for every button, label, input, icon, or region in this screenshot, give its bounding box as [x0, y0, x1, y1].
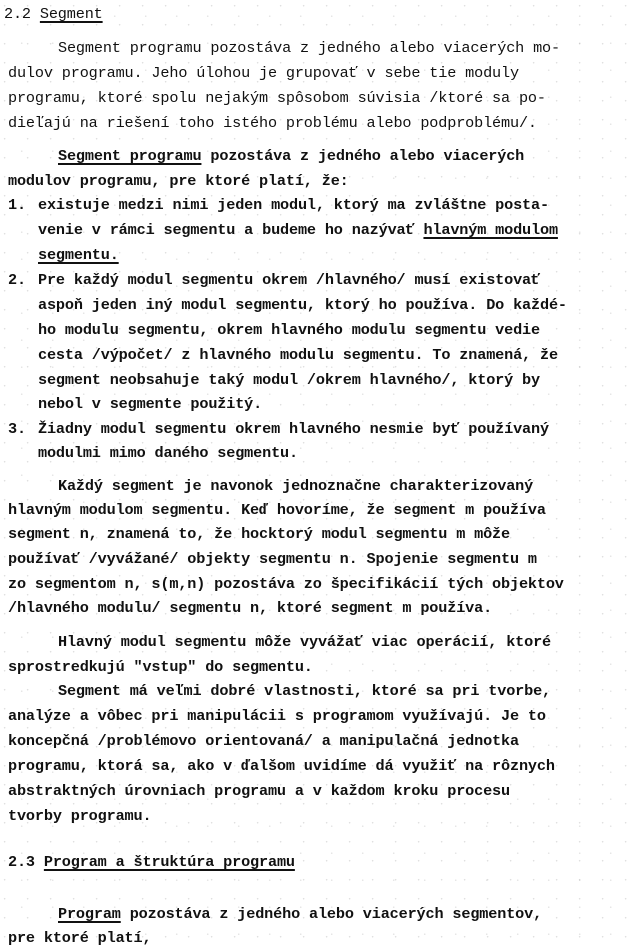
list-item-line: Pre každý modul segmentu okrem /hlavného… [38, 270, 540, 290]
paragraph-5-line: koncepčná /problémovo orientovaná/ a man… [8, 731, 519, 751]
section-heading-2-3: 2.3 Program a štruktúra programu [8, 852, 295, 872]
section-title: Program a štruktúra programu [44, 853, 295, 871]
paragraph-5-line: abstraktných úrovniach programu a v každ… [8, 781, 510, 801]
section-title: Segment [40, 5, 103, 23]
list-item-number: 3. [8, 419, 26, 439]
list-item-line: Žiadny modul segmentu okrem hlavného nes… [38, 419, 549, 439]
defined-term: hlavným modulom [423, 221, 557, 239]
section-heading-2-2: 2.2 Segment [4, 4, 103, 24]
document-page: 2.2 Segment Segment programu pozostáva z… [0, 0, 635, 948]
section-number: 2.3 [8, 853, 35, 871]
paragraph-5-line: tvorby programu. [8, 806, 151, 826]
section-2-3-paragraph-line: Program pozostáva z jedného alebo viacer… [58, 904, 542, 924]
paragraph-5-line: programu, ktorá sa, ako v ďalšom uvidíme… [8, 756, 555, 776]
list-item-line: segmentu. [38, 245, 119, 265]
list-item-line: nebol v segmente použitý. [38, 394, 262, 414]
defined-term: Program [58, 905, 121, 923]
list-item-line: existuje medzi nimi jeden modul, ktorý m… [38, 195, 549, 215]
list-item-line: ho modulu segmentu, okrem hlavného modul… [38, 320, 540, 340]
paragraph-1-line: programu, ktoré spolu nejakým spôsobom s… [8, 88, 546, 108]
paragraph-1-line: Segment programu pozostáva z jedného ale… [58, 38, 560, 58]
paragraph-2-line: Segment programu pozostáva z jedného ale… [58, 146, 524, 166]
list-item-line: cesta /výpočet/ z hlavného modulu segmen… [38, 345, 558, 365]
defined-term: Segment programu [58, 147, 201, 165]
paragraph-1-line: dulov programu. Jeho úlohou je grupovať … [8, 63, 519, 83]
list-item-number: 2. [8, 270, 26, 290]
paragraph-3-line: zo segmentom n, s(m,n) pozostáva zo špec… [8, 574, 564, 594]
paragraph-3-line: používať /vyvážané/ objekty segmentu n. … [8, 549, 537, 569]
defined-term: segmentu. [38, 246, 119, 264]
paragraph-1-line: dieľajú na riešení toho istého problému … [8, 113, 537, 133]
paragraph-5-line: Segment má veľmi dobré vlastnosti, ktoré… [58, 681, 551, 701]
list-item-number: 1. [8, 195, 26, 215]
section-number: 2.2 [4, 5, 31, 23]
list-item-line: segment neobsahuje taký modul /okrem hla… [38, 370, 540, 390]
paragraph-4-line: Hlavný modul segmentu môže vyvážať viac … [58, 632, 551, 652]
paragraph-3-line: hlavným modulom segmentu. Keď hovoríme, … [8, 500, 546, 520]
paragraph-5-line: analýze a vôbec pri manipulácii s progra… [8, 706, 546, 726]
list-item-line: modulmi mimo daného segmentu. [38, 443, 298, 463]
paragraph-4-line: sprostredkujú "vstup" do segmentu. [8, 657, 313, 677]
paragraph-3-line: Každý segment je navonok jednoznačne cha… [58, 476, 533, 496]
paragraph-2-line: modulov programu, pre ktoré platí, že: [8, 171, 349, 191]
section-2-3-paragraph-line: pre ktoré platí, [8, 928, 151, 948]
paragraph-3-line: /hlavného modulu/ segmentu n, ktoré segm… [8, 598, 492, 618]
list-item-line: aspoň jeden iný modul segmentu, ktorý ho… [38, 295, 567, 315]
paragraph-3-line: segment n, znamená to, že hocktorý modul… [8, 524, 510, 544]
list-item-line: venie v rámci segmentu a budeme ho nazýv… [38, 220, 558, 240]
